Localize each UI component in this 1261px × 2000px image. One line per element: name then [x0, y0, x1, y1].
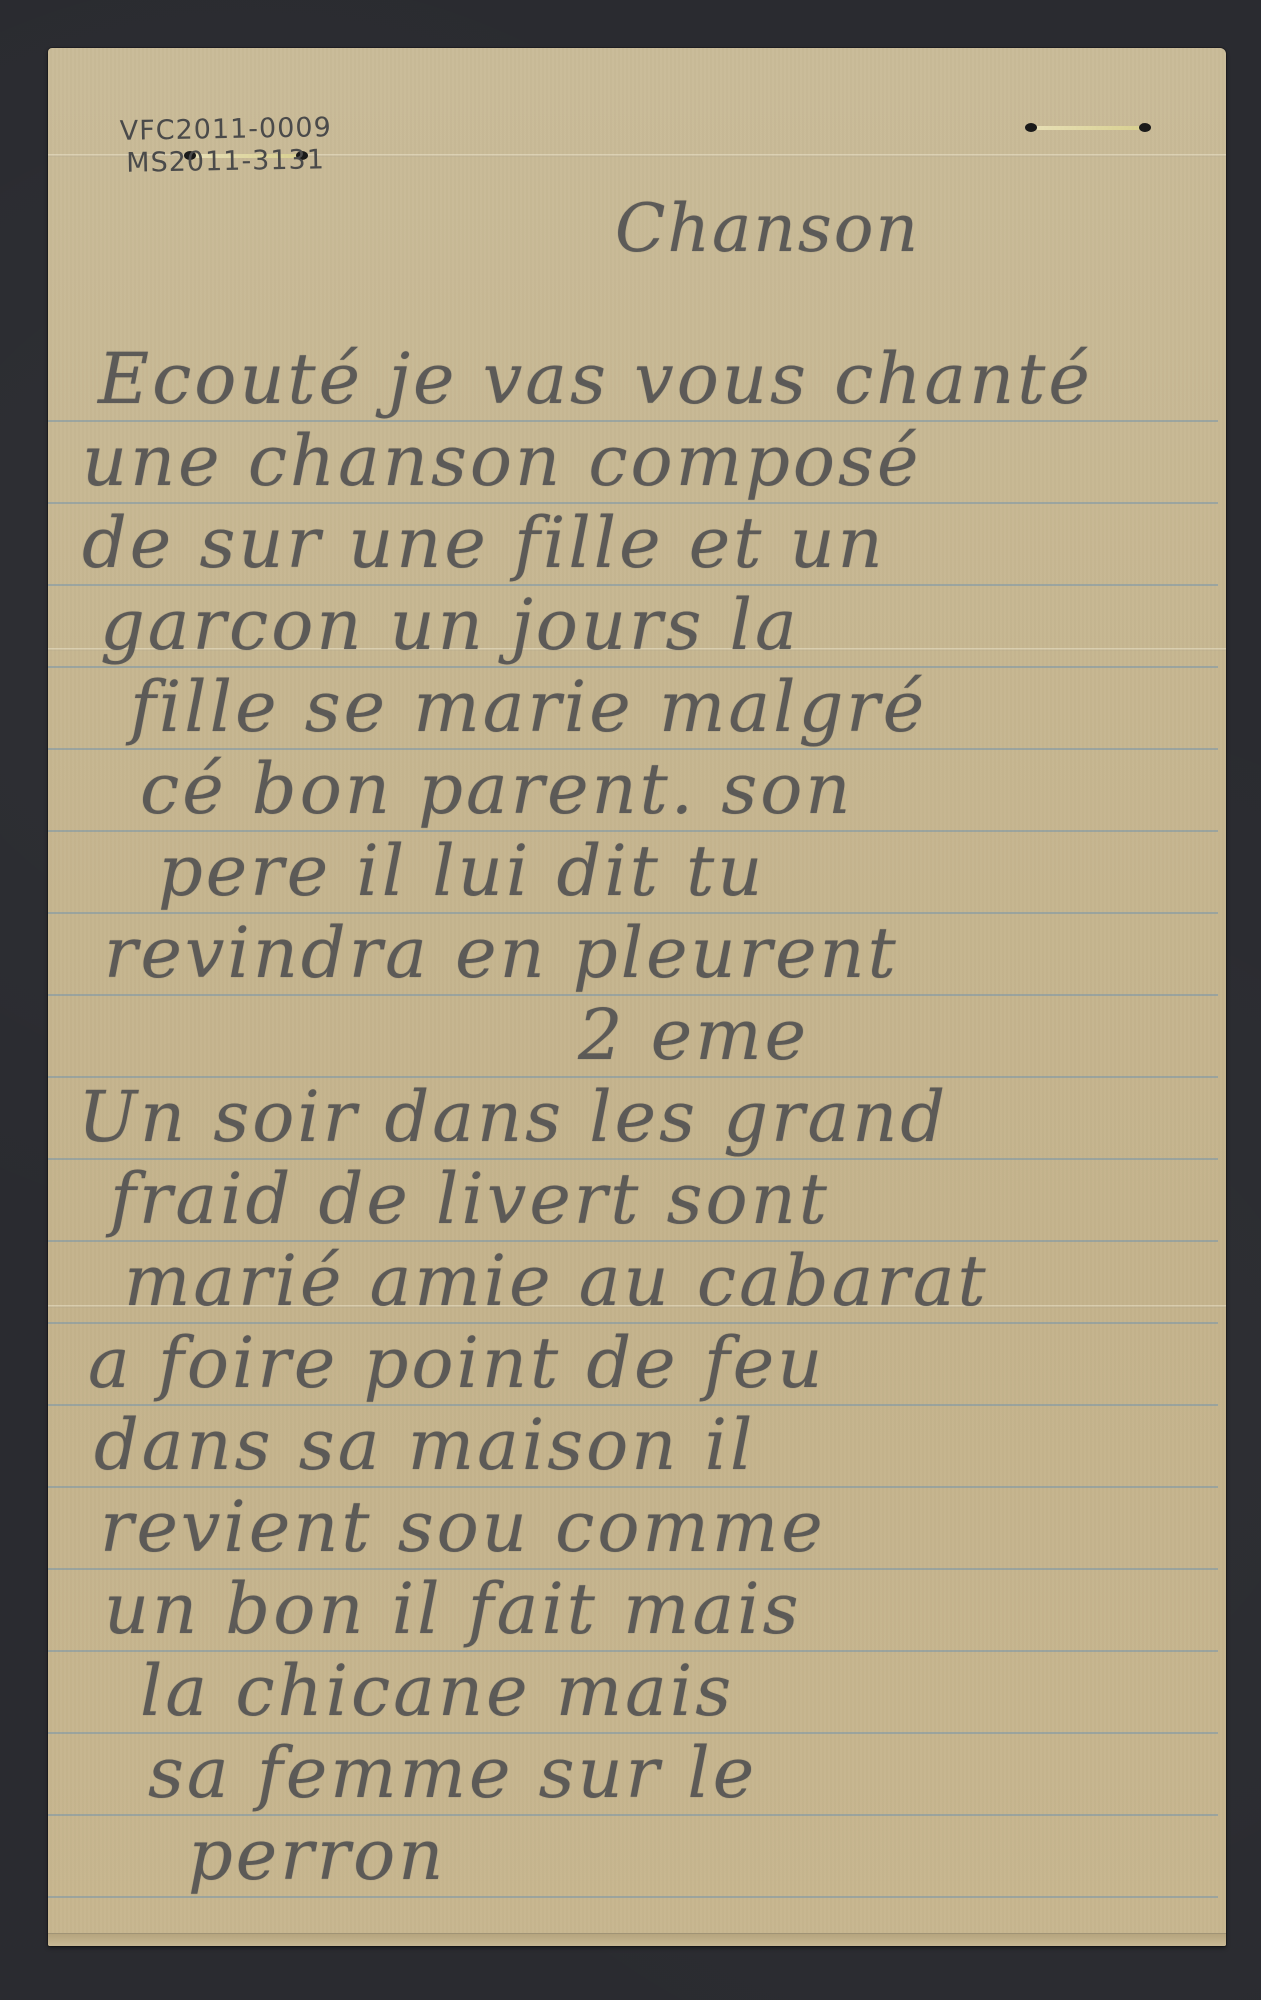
lyric-line: a foire point de feu: [88, 1322, 825, 1404]
lyric-line: une chanson composé: [82, 420, 921, 502]
lyric-line: perron: [188, 1814, 446, 1896]
catalog-number-vfc: VFC2011-0009: [119, 112, 332, 148]
lyric-line: marié amie au cabarat: [124, 1240, 989, 1322]
verse-marker: 2 eme: [578, 994, 809, 1076]
lyric-line: cé bon parent. son: [140, 748, 853, 830]
manuscript-page: VFC2011-0009 MS2011-3131 Chanson Ecouté …: [48, 48, 1226, 1946]
lyric-line: sa femme sur le: [148, 1732, 757, 1814]
lyric-line: Ecouté je vas vous chanté: [98, 338, 1093, 420]
lyric-line: fraid de livert sont: [110, 1158, 830, 1240]
page-bottom-edge: [48, 1933, 1226, 1946]
lyric-line: un bon il fait mais: [104, 1568, 802, 1650]
lyric-line: fille se marie malgré: [130, 666, 927, 748]
lyric-line: dans sa maison il: [94, 1404, 755, 1486]
staple-right: [1025, 126, 1147, 130]
lyric-line: revindra en pleurent: [104, 912, 899, 994]
staple-hole: [1139, 123, 1151, 132]
song-title: Chanson: [615, 190, 920, 267]
lyric-line: de sur une fille et un: [82, 502, 886, 584]
lyric-line: pere il lui dit tu: [158, 830, 765, 912]
catalog-numbers: VFC2011-0009 MS2011-3131: [119, 112, 332, 180]
staple-hole: [1025, 123, 1037, 132]
lyric-line: revient sou comme: [100, 1486, 826, 1568]
catalog-number-ms: MS2011-3131: [120, 144, 333, 180]
rule-line: [48, 1896, 1218, 1898]
lyric-line: la chicane mais: [140, 1650, 734, 1732]
lyric-line: garcon un jours la: [100, 584, 800, 666]
lyric-line: Un soir dans les grand: [78, 1076, 948, 1158]
